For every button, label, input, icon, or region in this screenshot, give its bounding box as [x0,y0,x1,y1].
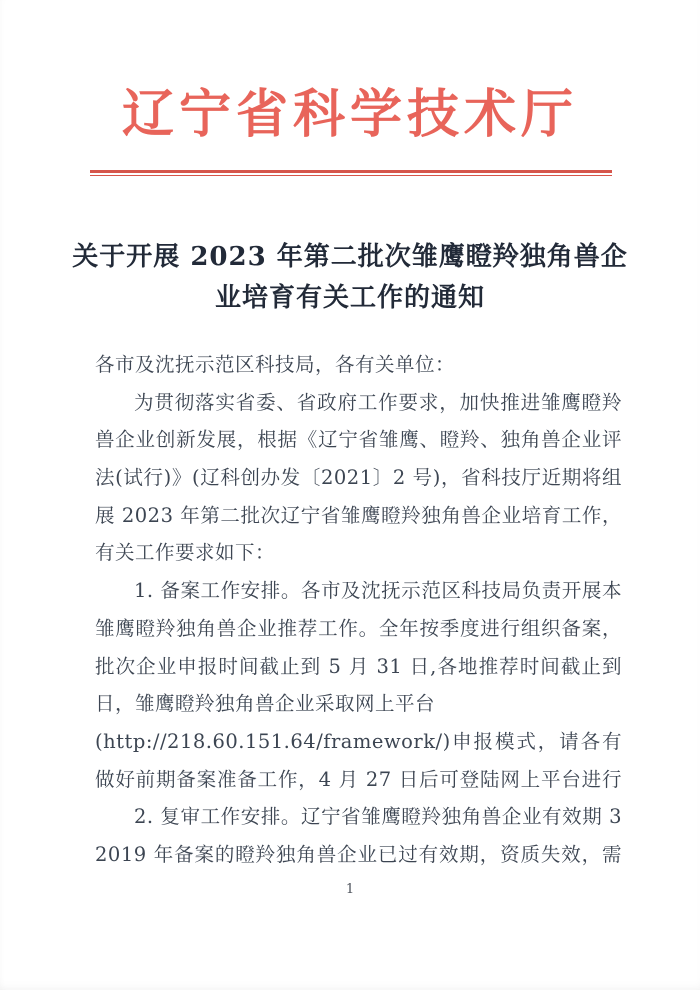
body-line: 雏鹰瞪羚独角兽企业推荐工作。全年按季度进行组织备案，第二 [95,610,622,648]
body-line: 2019 年备案的瞪羚独角兽企业已过有效期，资质失效，需进行资 [95,836,622,874]
body-line: 各市及沈抚示范区科技局，各有关单位： [95,346,622,384]
letterhead-red-rule [90,170,612,176]
body-line: 做好前期备案准备工作，4 月 27 日后可登陆网上平台进行申报。 [95,761,622,799]
body-line: (http://218.60.151.64/framework/)申报模式，请各… [95,723,622,761]
document-title-line-2: 业培育有关工作的通知 [40,278,660,319]
document-title-line-1: 关于开展 2023 年第二批次雏鹰瞪羚独角兽企 [40,237,660,278]
body-line: 日，雏鹰瞪羚独角兽企业采取网上平台 [95,685,622,723]
body-line: 为贯彻落实省委、省政府工作要求，加快推进雏鹰瞪羚独角 [95,384,622,422]
document-title: 关于开展 2023 年第二批次雏鹰瞪羚独角兽企 业培育有关工作的通知 [40,237,660,319]
document-page: 辽宁省科学技术厅 关于开展 2023 年第二批次雏鹰瞪羚独角兽企 业培育有关工作… [0,0,700,990]
page-number: 1 [0,882,700,897]
body-line: 法(试行)》(辽科创办发〔2021〕2 号)，省科技厅近期将组织开 [95,459,622,497]
body-line: 1. 备案工作安排。各市及沈抚示范区科技局负责开展本地区 [95,572,622,610]
body-line: 有关工作要求如下： [95,534,622,572]
body-line: 2. 复审工作安排。辽宁省雏鹰瞪羚独角兽企业有效期 3 年， [95,798,622,836]
body-line: 展 2023 年第二批次辽宁省雏鹰瞪羚独角兽企业培育工作，现将 [95,497,622,535]
letterhead-agency-name: 辽宁省科学技术厅 [0,72,700,147]
body-line: 兽企业创新发展，根据《辽宁省雏鹰、瞪羚、独角兽企业评价办 [95,421,622,459]
document-body: 各市及沈抚示范区科技局，各有关单位：为贯彻落实省委、省政府工作要求，加快推进雏鹰… [95,346,622,874]
body-line: 批次企业申报时间截止到 5 月 31 日,各地推荐时间截止到 6 月 5 [95,648,622,686]
